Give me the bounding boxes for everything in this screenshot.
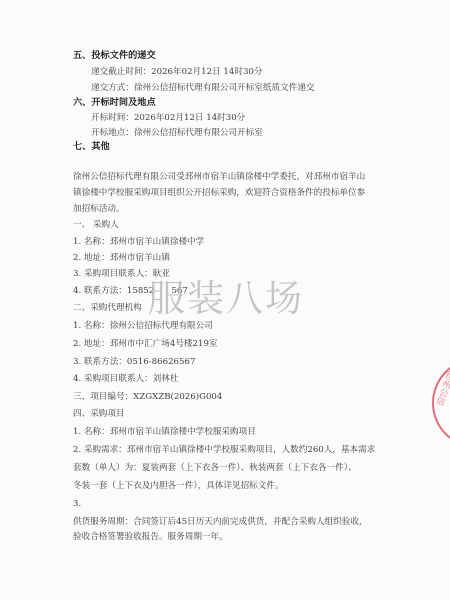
requirement-line: 套数（单人）为：夏装两套（上下衣各一件）、秋装两套（上下衣各一件）、 [73, 462, 357, 474]
requirement-line: 2. 采购需求：邳州市宿羊山镇徐楼中学校服采购项目，人数约260人，基本需求 [73, 444, 375, 456]
opening-time: 开标时间：2026年02月12日 14时30分 [91, 112, 245, 124]
service-line: 供货服务周期：合同签订后45日历天内前完成供货，并配合采购人组织验收， [73, 516, 368, 528]
submission-deadline: 递交截止时间：2026年02月12日 14时30分 [91, 66, 262, 78]
agency-address: 2. 地址：邳州市中汇广场4号楼219室 [73, 338, 218, 350]
purchaser-name: 1. 名称：邳州市宿羊山镇徐楼中学 [73, 236, 204, 248]
purchaser-address: 2. 地址：邳州市宿羊山镇 [73, 252, 170, 264]
agency-phone: 3. 联系方法：0516-86626567 [73, 356, 195, 368]
project-number: 三、项目编号：XZGXZB(2026)G004 [73, 391, 222, 403]
service-line: 验收合格签署验收报告。服务周期一年。 [73, 531, 228, 543]
submission-method: 递交方式：徐州公信招标代理有限公司开标室纸质文件递交 [91, 82, 314, 94]
purchaser-heading: 一、 采购人 [73, 219, 119, 231]
document-page: 五、投标文件的递交 递交截止时间：2026年02月12日 14时30分 递交方式… [0, 0, 450, 600]
agency-heading: 二、采购代理机构 [73, 302, 142, 314]
agency-contact: 4. 采购项目联系人：刘林杜 [73, 373, 178, 385]
requirement-line: 冬装一套（上下衣及内胆各一件），具体详见招标文件。 [73, 480, 284, 492]
section7-heading: 七、其他 [73, 141, 110, 153]
item3-label: 3. [73, 498, 81, 510]
section5-heading: 五、投标文件的递交 [73, 50, 156, 62]
seal-text: 徐州公信 [432, 369, 450, 407]
watermark: 服装八场 [148, 268, 304, 322]
intro-line: 徐州公信招标代理有限公司受邳州市宿羊山镇徐楼中学委托，对邳州市宿羊山 [73, 171, 365, 183]
project-heading: 四、采购项目 [73, 408, 125, 420]
intro-line: 加招标活动。 [73, 203, 125, 215]
section6-heading: 六、开标时间及地点 [73, 97, 156, 109]
opening-place: 开标地点：徐州公信招标代理有限公司开标室 [91, 127, 263, 139]
intro-line: 镇徐楼中学校服采购项目组织公开招标采购，欢迎符合资格条件的投标单位参 [73, 187, 365, 199]
project-name: 1. 名称：邳州市宿羊山镇徐楼中学校服采购项目 [73, 426, 256, 438]
red-seal-stamp: 徐州公信 [432, 358, 450, 448]
